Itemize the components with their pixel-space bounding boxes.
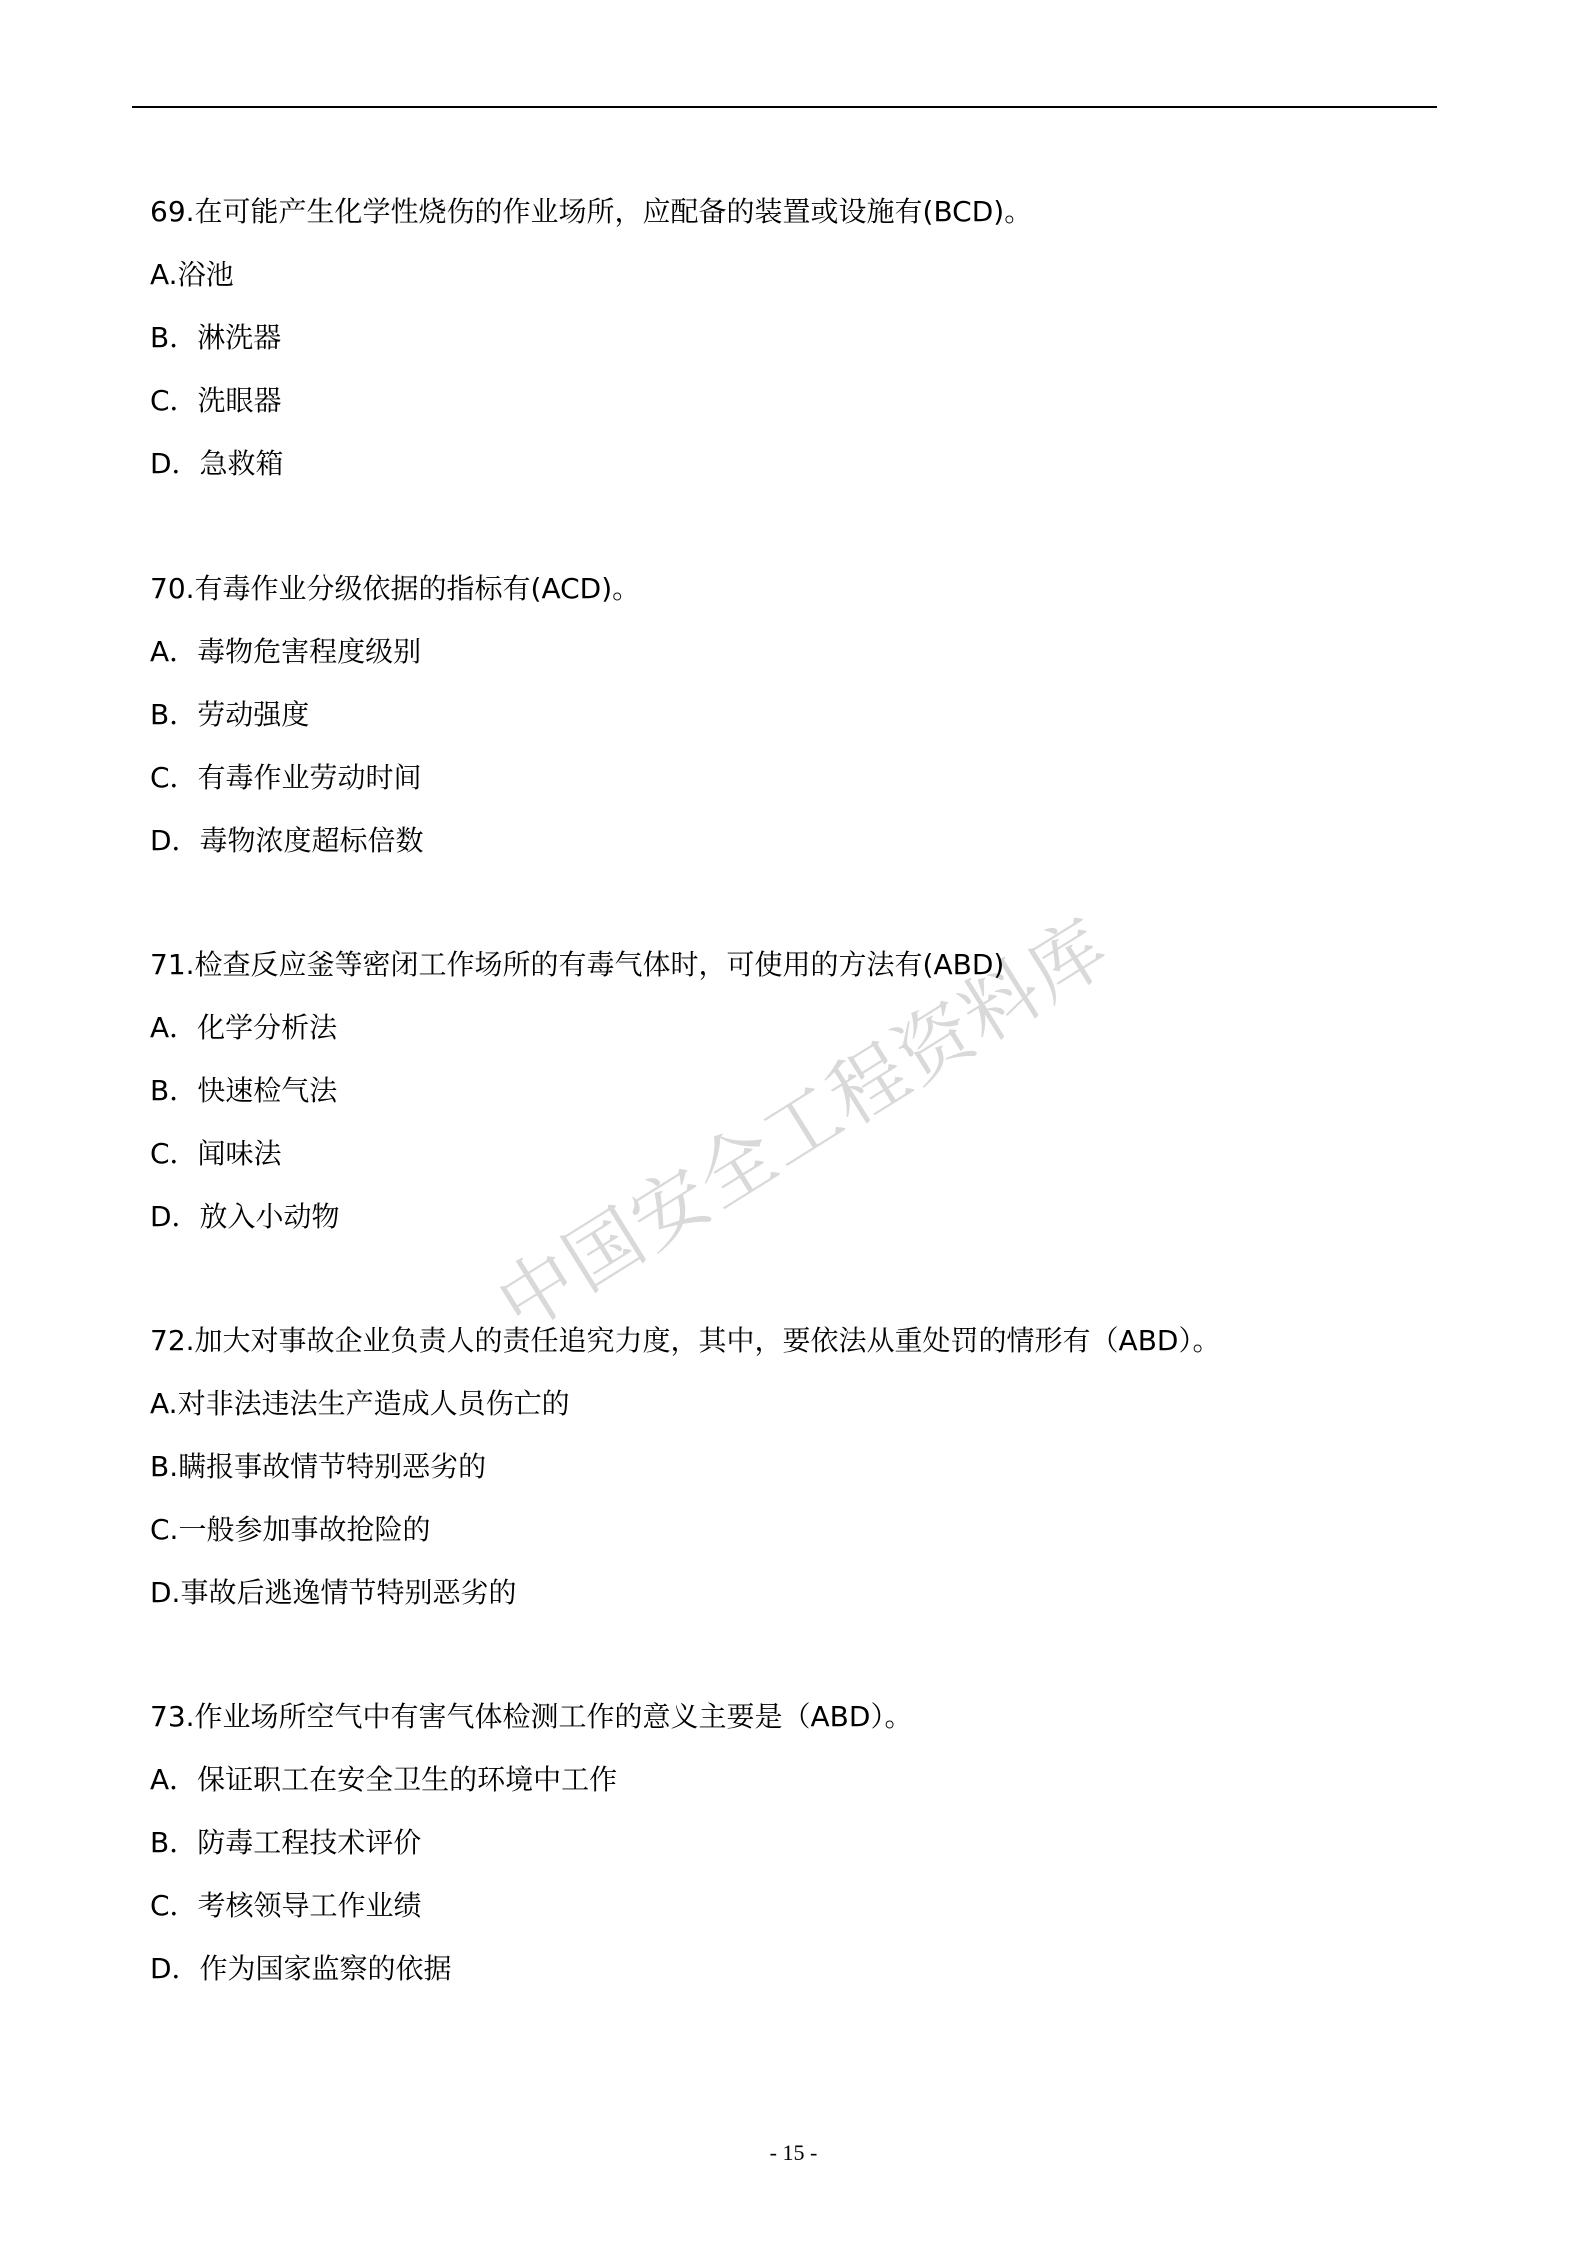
question-stem: 72.加大对事故企业负责人的责任追究力度，其中，要依法从重处罚的情形有（ABD）… bbox=[150, 1309, 1440, 1372]
question-69: 69.在可能产生化学性烧伤的作业场所，应配备的装置或设施有(BCD)。 A.浴池… bbox=[150, 180, 1440, 495]
option-c: C．闻味法 bbox=[150, 1122, 1440, 1185]
question-71: 71.检查反应釜等密闭工作场所的有毒气体时，可使用的方法有(ABD) A．化学分… bbox=[150, 933, 1440, 1248]
question-stem: 69.在可能产生化学性烧伤的作业场所，应配备的装置或设施有(BCD)。 bbox=[150, 180, 1440, 243]
question-70: 70.有毒作业分级依据的指标有(ACD)。 A．毒物危害程度级别 B．劳动强度 … bbox=[150, 557, 1440, 872]
option-b: B．快速检气法 bbox=[150, 1059, 1440, 1122]
option-a: A.浴池 bbox=[150, 243, 1440, 306]
option-c: C．有毒作业劳动时间 bbox=[150, 746, 1440, 809]
question-stem: 73.作业场所空气中有害气体检测工作的意义主要是（ABD）。 bbox=[150, 1685, 1440, 1748]
option-a: A.对非法违法生产造成人员伤亡的 bbox=[150, 1372, 1440, 1435]
option-c: C．考核领导工作业绩 bbox=[150, 1874, 1440, 1937]
option-a: A．保证职工在安全卫生的环境中工作 bbox=[150, 1748, 1440, 1811]
question-stem: 71.检查反应釜等密闭工作场所的有毒气体时，可使用的方法有(ABD) bbox=[150, 933, 1440, 996]
option-a: A．化学分析法 bbox=[150, 996, 1440, 1059]
question-stem: 70.有毒作业分级依据的指标有(ACD)。 bbox=[150, 557, 1440, 620]
option-c: C．洗眼器 bbox=[150, 369, 1440, 432]
option-c: C.一般参加事故抢险的 bbox=[150, 1498, 1440, 1561]
option-d: D．毒物浓度超标倍数 bbox=[150, 809, 1440, 872]
option-b: B．淋洗器 bbox=[150, 306, 1440, 369]
option-b: B．防毒工程技术评价 bbox=[150, 1811, 1440, 1874]
question-72: 72.加大对事故企业负责人的责任追究力度，其中，要依法从重处罚的情形有（ABD）… bbox=[150, 1309, 1440, 1624]
option-d: D．放入小动物 bbox=[150, 1185, 1440, 1248]
option-d: D．急救箱 bbox=[150, 432, 1440, 495]
option-a: A．毒物危害程度级别 bbox=[150, 620, 1440, 683]
page-number: - 15 - bbox=[0, 2140, 1587, 2166]
option-b: B.瞒报事故情节特别恶劣的 bbox=[150, 1435, 1440, 1498]
question-73: 73.作业场所空气中有害气体检测工作的意义主要是（ABD）。 A．保证职工在安全… bbox=[150, 1685, 1440, 2000]
header-rule bbox=[132, 106, 1437, 108]
option-b: B．劳动强度 bbox=[150, 683, 1440, 746]
option-d: D．作为国家监察的依据 bbox=[150, 1937, 1440, 2000]
option-d: D.事故后逃逸情节特别恶劣的 bbox=[150, 1561, 1440, 1624]
